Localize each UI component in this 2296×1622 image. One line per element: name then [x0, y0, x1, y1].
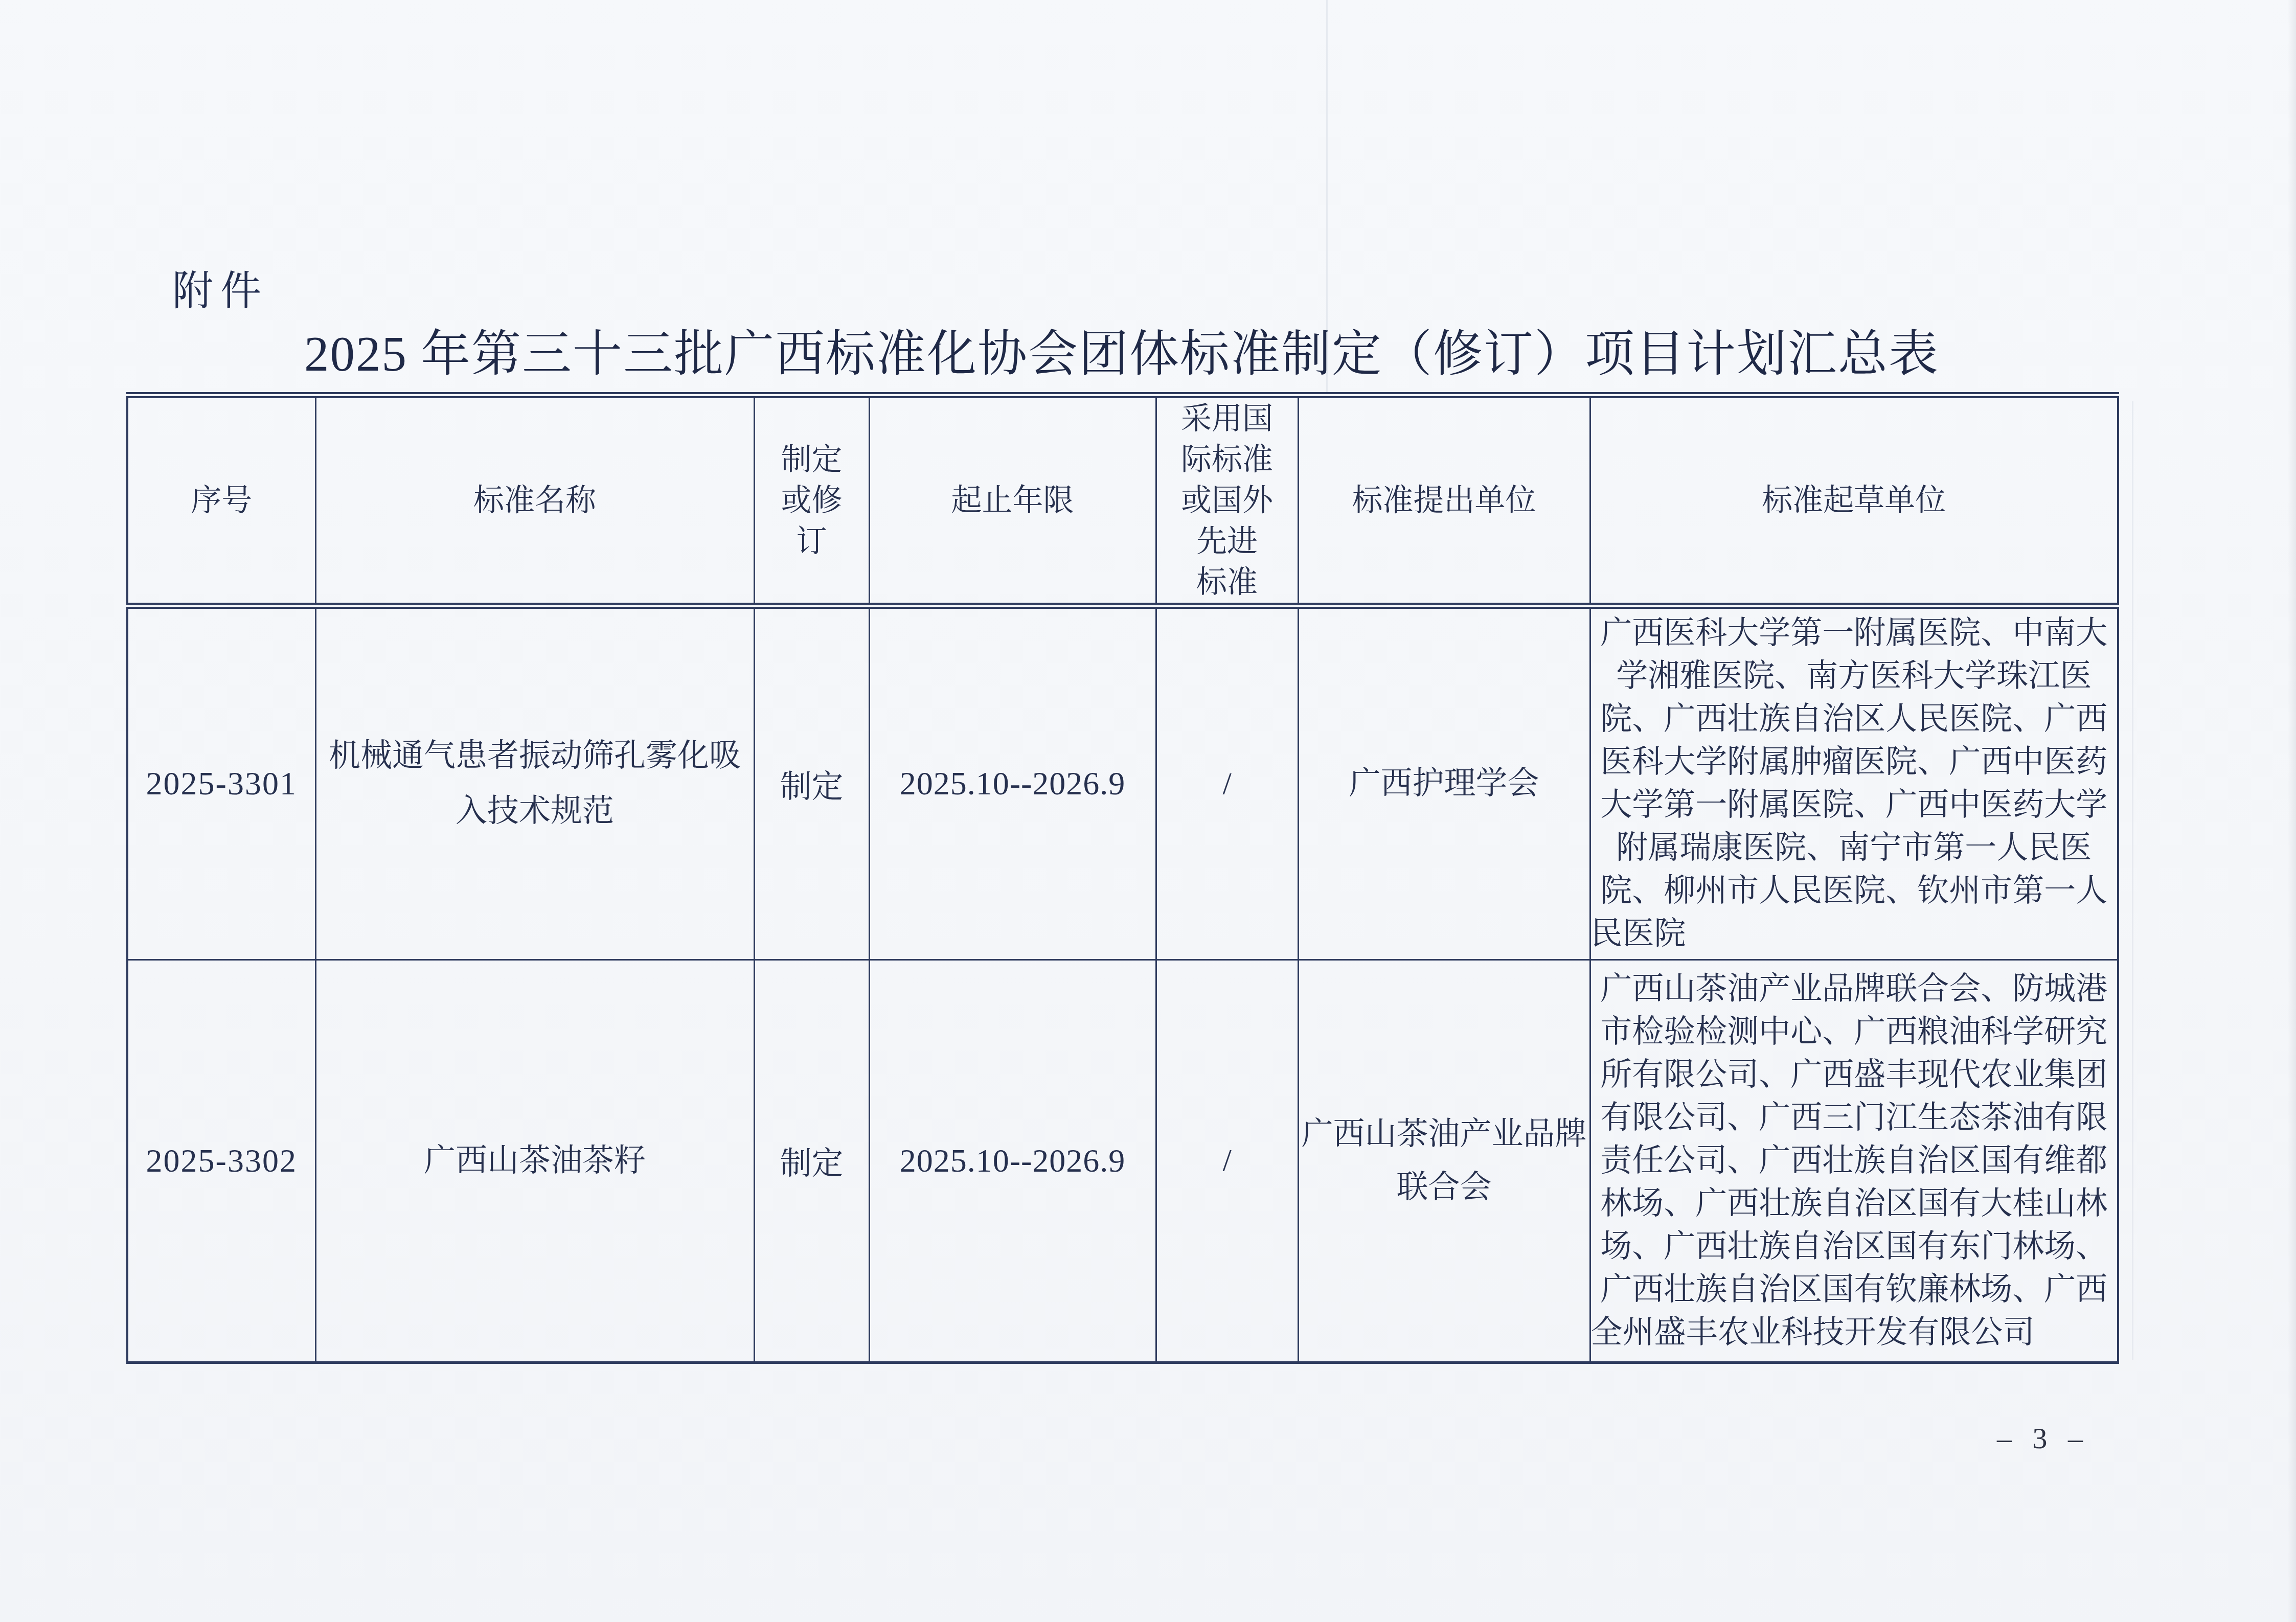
scan-streak-artifact	[2132, 401, 2133, 1360]
cell-serial: 2025-3301	[127, 606, 315, 960]
col-header-period: 起止年限	[869, 395, 1156, 606]
cell-adopt: /	[1156, 606, 1298, 960]
cell-period: 2025.10--2026.9	[869, 606, 1156, 960]
cell-name: 机械通气患者振动筛孔雾化吸入技术规范	[315, 606, 754, 960]
cell-type: 制定	[754, 960, 869, 1362]
document-title: 2025 年第三十三批广西标准化协会团体标准制定（修订）项目计划汇总表	[126, 321, 2117, 387]
table-row: 2025-3301 机械通气患者振动筛孔雾化吸入技术规范 制定 2025.10-…	[127, 606, 2118, 960]
cell-drafters: 广西山茶油产业品牌联合会、防城港市检验检测中心、广西粮油科学研究所有限公司、广西…	[1590, 960, 2118, 1362]
cell-proposer: 广西山茶油产业品牌联合会	[1298, 960, 1590, 1362]
cell-proposer: 广西护理学会	[1298, 606, 1590, 960]
cell-period: 2025.10--2026.9	[869, 960, 1156, 1362]
standards-plan-table: 序号 标准名称 制定 或修 订 起止年限 采用国 际标准 或国外 先进 标准 标…	[126, 392, 2119, 1364]
col-header-drafters: 标准起草单位	[1590, 395, 2118, 606]
col-header-serial: 序号	[127, 395, 315, 606]
cell-serial: 2025-3302	[127, 960, 315, 1362]
scan-edge-shadow	[2288, 0, 2296, 1622]
cell-drafters: 广西医科大学第一附属医院、中南大学湘雅医院、南方医科大学珠江医院、广西壮族自治区…	[1590, 606, 2118, 960]
cell-name: 广西山茶油茶籽	[315, 960, 754, 1362]
col-header-type: 制定 或修 订	[754, 395, 869, 606]
page-number: – 3 –	[1938, 1421, 2142, 1455]
table-row: 2025-3302 广西山茶油茶籽 制定 2025.10--2026.9 / 广…	[127, 960, 2118, 1362]
cell-adopt: /	[1156, 960, 1298, 1362]
table-header-row: 序号 标准名称 制定 或修 订 起止年限 采用国 际标准 或国外 先进 标准 标…	[127, 395, 2118, 606]
col-header-name: 标准名称	[315, 395, 754, 606]
cell-type: 制定	[754, 606, 869, 960]
document-page: 附件 2025 年第三十三批广西标准化协会团体标准制定（修订）项目计划汇总表 序…	[0, 0, 2296, 1622]
col-header-proposer: 标准提出单位	[1298, 395, 1590, 606]
attachment-label: 附件	[172, 266, 268, 317]
col-header-adopt: 采用国 际标准 或国外 先进 标准	[1156, 395, 1298, 606]
